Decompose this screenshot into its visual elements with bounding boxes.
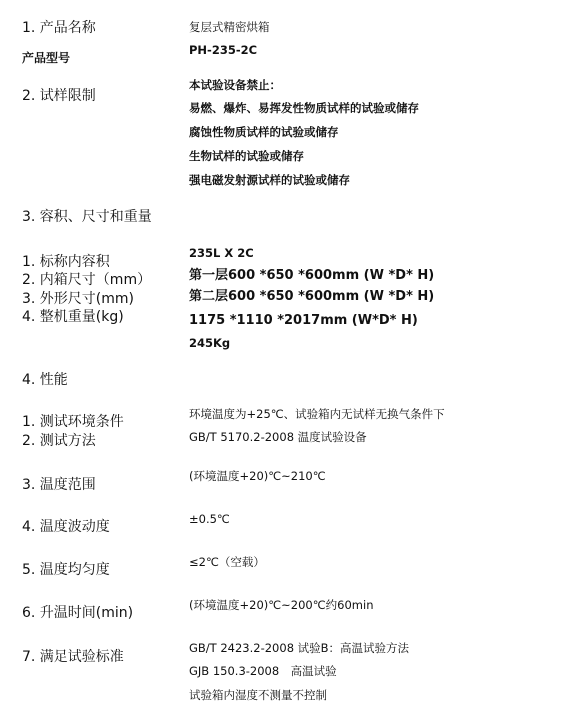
- perf-label: 5. 温度均匀度: [22, 563, 110, 577]
- outer-size-value: 1175 *1110 *2017mm (W*D* H): [189, 314, 418, 327]
- inner-size-layer1: 第一层600 *650 *600mm (W *D* H): [189, 269, 434, 282]
- perf-label: 1. 测试环境条件: [22, 415, 124, 429]
- product-model-value: PH-235-2C: [189, 45, 257, 57]
- perf-label: 4. 温度波动度: [22, 520, 110, 534]
- spec-label: 1. 标称内容积: [22, 255, 110, 269]
- perf-label: 7. 满足试验标准: [22, 650, 124, 664]
- weight-value: 245Kg: [189, 338, 230, 350]
- perf-value: ±0.5℃: [189, 514, 230, 526]
- perf-value: (环境温度+20)℃~210℃: [189, 471, 326, 483]
- capacity-value: 235L X 2C: [189, 248, 254, 260]
- spec-label: 3. 外形尺寸(mm): [22, 292, 134, 306]
- perf-label: 2. 测试方法: [22, 434, 96, 448]
- standard-line: GB/T 2423.2-2008 试验B：高温试验方法: [189, 643, 409, 655]
- standard-line: GJB 150.3-2008 高温试验: [189, 666, 337, 678]
- section-heading-performance: 4. 性能: [22, 373, 68, 387]
- product-model-label: 产品型号: [22, 52, 70, 64]
- section-heading-capacity: 3. 容积、尺寸和重量: [22, 210, 152, 224]
- perf-label: 3. 温度范围: [22, 478, 96, 492]
- perf-value: ≤2℃（空载）: [189, 557, 265, 569]
- restriction-line: 易燃、爆炸、易挥发性物质试样的试验或储存: [189, 103, 419, 115]
- perf-value: 环境温度为+25℃、试验箱内无试样无换气条件下: [189, 409, 445, 421]
- product-name-label: 1. 产品名称: [22, 21, 96, 35]
- standard-line: 试验箱内湿度不测量不控制: [189, 690, 327, 702]
- restriction-line: 本试验设备禁止：: [189, 80, 281, 92]
- restriction-line: 生物试样的试验或储存: [189, 151, 304, 163]
- product-name-value: 复层式精密烘箱: [189, 22, 270, 34]
- spec-label: 2. 内箱尺寸（mm）: [22, 273, 151, 287]
- inner-size-layer2: 第二层600 *650 *600mm (W *D* H): [189, 290, 434, 303]
- spec-label: 4. 整机重量(kg): [22, 310, 124, 324]
- restriction-line: 腐蚀性物质试样的试验或储存: [189, 127, 339, 139]
- sample-restriction-label: 2. 试样限制: [22, 89, 96, 103]
- perf-value: GB/T 5170.2-2008 温度试验设备: [189, 432, 367, 444]
- restriction-line: 强电磁发射源试样的试验或储存: [189, 175, 350, 187]
- perf-value: (环境温度+20)℃~200℃约60min: [189, 600, 373, 612]
- perf-label: 6. 升温时间(min): [22, 606, 133, 620]
